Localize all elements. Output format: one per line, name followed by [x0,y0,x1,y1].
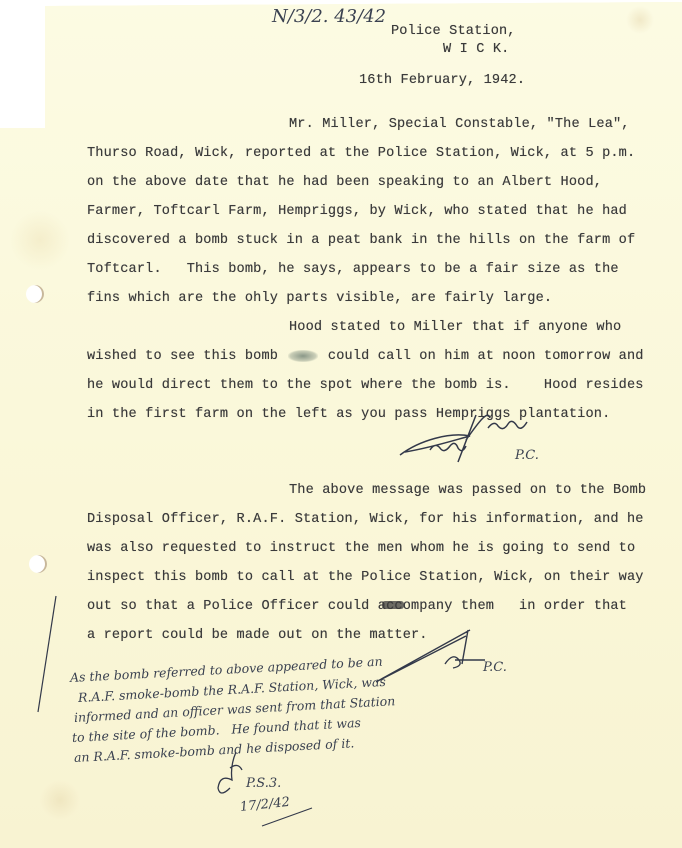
note-signature-rank: P.S.3. [246,776,281,791]
note-signature-mark [0,0,682,848]
